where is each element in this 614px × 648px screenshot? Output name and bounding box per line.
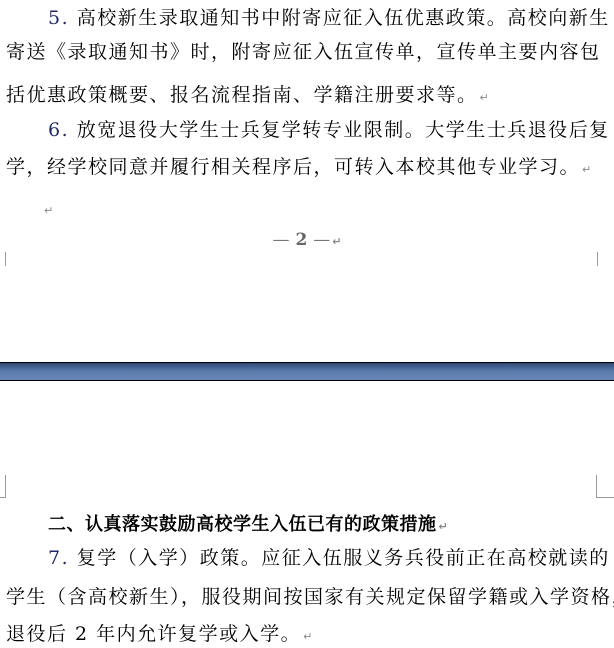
paragraph-mark-icon: ↵ [44, 204, 55, 217]
crop-mark-bottom-left [5, 252, 6, 266]
crop-mark-top-left-horizontal [0, 497, 6, 498]
paragraph-7-line-3: 退役后 2 年内允许复学或入学。↵ [6, 622, 596, 648]
crop-mark-top-right-vertical [596, 475, 597, 497]
paragraph-6-line-2: 学，经学校同意并履行相关程序后，可转入本校其他专业学习。↵ [6, 155, 596, 182]
paragraph-5-line-3: 括优惠政策概要、报名流程指南、学籍注册要求等。↵ [6, 83, 596, 110]
paragraph-5-line-2: 寄送《录取通知书》时，附寄应征入伍宣传单，宣传单主要内容包 [6, 40, 596, 64]
paragraph-mark-icon: ↵ [332, 235, 341, 248]
page-number: 2 [295, 230, 307, 250]
paragraph-mark-icon: ↵ [480, 91, 491, 104]
paragraph-mark-icon: ↵ [582, 163, 593, 176]
document-page-2: 5. 高校新生录取通知书中附寄应征入伍优惠政策。高校向新生 寄送《录取通知书》时… [0, 0, 614, 362]
paragraph-number: 7. [48, 547, 69, 569]
paragraph-number: 6. [48, 119, 69, 141]
paragraph-number: 5. [48, 7, 69, 29]
paragraph-7-line-1: 7. 复学（入学）政策。应征入伍服义务兵役前正在高校就读的 [48, 546, 614, 570]
crop-mark-top-left-vertical [5, 475, 6, 497]
paragraph-mark-icon: ↵ [439, 520, 449, 533]
empty-paragraph: ↵ [48, 196, 614, 223]
page-footer: — 2 —↵ [0, 230, 614, 250]
paragraph-7-line-2: 学生（含高校新生），服役期间按国家有关规定保留学籍或入学资格， [6, 585, 596, 609]
crop-mark-bottom-right [597, 252, 598, 266]
paragraph-6-line-1: 6. 放宽退役大学生士兵复学转专业限制。大学生士兵退役后复 [48, 118, 614, 142]
section-heading: 二、认真落实鼓励高校学生入伍已有的政策措施↵ [48, 510, 448, 536]
crop-mark-top-right-horizontal [596, 497, 614, 498]
paragraph-mark-icon: ↵ [303, 630, 314, 643]
paragraph-5-line-1: 5. 高校新生录取通知书中附寄应征入伍优惠政策。高校向新生 [48, 6, 614, 30]
page-break-separator [0, 362, 614, 381]
